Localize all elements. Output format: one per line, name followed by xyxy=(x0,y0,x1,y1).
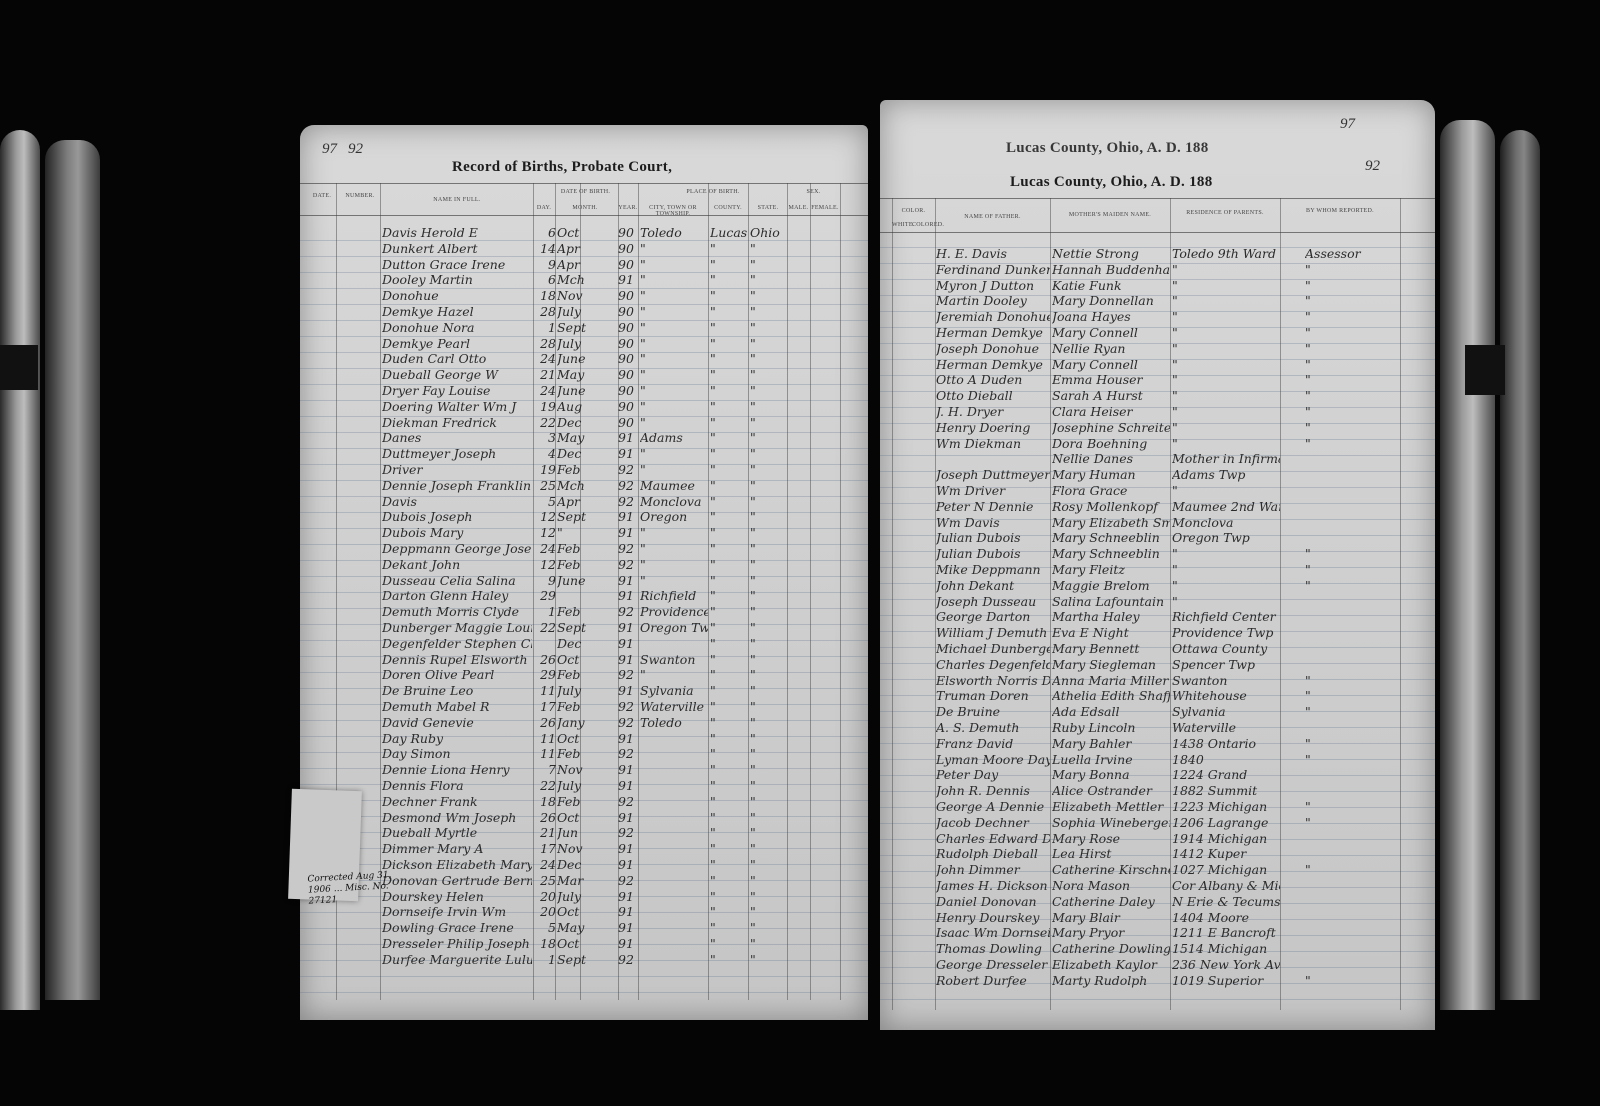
record-county: " xyxy=(710,794,748,809)
record-city: " xyxy=(640,304,708,319)
record-county: " xyxy=(710,557,748,572)
record-year: 91 xyxy=(618,525,638,540)
record-day: 25 xyxy=(536,478,556,493)
record-residence: " xyxy=(1172,341,1280,356)
record-year: 90 xyxy=(618,399,638,414)
record-year: 90 xyxy=(618,336,638,351)
record-reported-by: " xyxy=(1305,436,1400,451)
record-state: " xyxy=(750,857,788,872)
record-mother: Nellie Ryan xyxy=(1052,341,1170,356)
record-name: Day Ruby xyxy=(382,731,532,746)
record-day: 26 xyxy=(536,810,556,825)
record-father: James H. Dickson xyxy=(936,878,1050,893)
record-state: " xyxy=(750,462,788,477)
record-name: Dennis Flora xyxy=(382,778,532,793)
record-day: 7 xyxy=(536,762,556,777)
record-county: " xyxy=(710,715,748,730)
record-mother: Anna Maria Miller xyxy=(1052,673,1170,688)
table-row: Daniel DonovanCatherine DaleyN Erie & Te… xyxy=(880,894,1435,910)
record-name: Dusseau Celia Salina xyxy=(382,573,532,588)
table-row: Myron J DuttonKatie Funk"" xyxy=(880,278,1435,294)
record-city: " xyxy=(640,351,708,366)
record-father: Mike Deppmann xyxy=(936,562,1050,577)
table-row: George A DennieElizabeth Mettler1223 Mic… xyxy=(880,799,1435,815)
record-residence: Adams Twp xyxy=(1172,467,1280,482)
header-color: Color. xyxy=(892,208,935,214)
record-year: 92 xyxy=(618,557,638,572)
record-reported-by: " xyxy=(1305,325,1400,340)
record-mother: Alice Ostrander xyxy=(1052,783,1170,798)
record-month: June xyxy=(557,383,617,398)
record-mother: Elizabeth Mettler xyxy=(1052,799,1170,814)
record-residence: 1514 Michigan xyxy=(1172,941,1280,956)
record-county: " xyxy=(710,762,748,777)
record-reported-by: " xyxy=(1305,388,1400,403)
record-state: " xyxy=(750,241,788,256)
table-row: Doering Walter Wm J19Aug90""" xyxy=(300,399,868,415)
record-reported-by: " xyxy=(1305,404,1400,419)
header-date: Date. xyxy=(308,193,336,199)
record-city: " xyxy=(640,241,708,256)
record-residence: " xyxy=(1172,325,1280,340)
table-row: Dresseler Philip Joseph18Oct91"" xyxy=(300,936,868,952)
record-father: Elsworth Norris Dennis xyxy=(936,673,1050,688)
record-reported-by: " xyxy=(1305,309,1400,324)
record-county: " xyxy=(710,430,748,445)
record-residence: Sylvania xyxy=(1172,704,1280,719)
record-day: 9 xyxy=(536,257,556,272)
record-county: " xyxy=(710,904,748,919)
record-residence: 1882 Summit xyxy=(1172,783,1280,798)
record-county: " xyxy=(710,936,748,951)
record-state: " xyxy=(750,494,788,509)
record-city: " xyxy=(640,525,708,540)
table-row: Lyman Moore DayLuella Irvine1840" xyxy=(880,752,1435,768)
record-name: Dennie Joseph Franklin xyxy=(382,478,532,493)
record-reported-by: " xyxy=(1305,673,1400,688)
record-mother: Joana Hayes xyxy=(1052,309,1170,324)
record-day: 4 xyxy=(536,446,556,461)
table-row: Otto A DudenEmma Houser"" xyxy=(880,372,1435,388)
record-year: 90 xyxy=(618,225,638,240)
record-month: Feb xyxy=(557,604,617,619)
page-title-behind: Lucas County, Ohio, A. D. 188 xyxy=(1006,140,1209,157)
record-day: 12 xyxy=(536,525,556,540)
record-county: " xyxy=(710,810,748,825)
record-reported-by: " xyxy=(1305,562,1400,577)
record-month: Nov xyxy=(557,762,617,777)
table-row: Jacob DechnerSophia Wineberger1206 Lagra… xyxy=(880,815,1435,831)
record-county: " xyxy=(710,825,748,840)
record-city: Waterville xyxy=(640,699,708,714)
record-city: Swanton xyxy=(640,652,708,667)
record-reported-by: " xyxy=(1305,736,1400,751)
record-residence: 1206 Lagrange xyxy=(1172,815,1280,830)
right-ledger-page: Lucas County, Ohio, A. D. 188 97 92 Luca… xyxy=(880,100,1435,1030)
record-mother: Mary Human xyxy=(1052,467,1170,482)
record-county: " xyxy=(710,509,748,524)
record-name: Demkye Pearl xyxy=(382,336,532,351)
record-father: Thomas Dowling xyxy=(936,941,1050,956)
record-month: June xyxy=(557,573,617,588)
record-state: " xyxy=(750,604,788,619)
record-year: 90 xyxy=(618,288,638,303)
record-father: Charles Degenfelder xyxy=(936,657,1050,672)
record-day: 21 xyxy=(536,825,556,840)
record-name: Dresseler Philip Joseph xyxy=(382,936,532,951)
record-year: 91 xyxy=(618,778,638,793)
table-row: Dubois Mary12"91""" xyxy=(300,525,868,541)
record-mother: Mary Connell xyxy=(1052,325,1170,340)
record-father: Truman Doren xyxy=(936,688,1050,703)
record-city: " xyxy=(640,415,708,430)
record-mother: Sophia Wineberger xyxy=(1052,815,1170,830)
record-state: " xyxy=(750,889,788,904)
record-reported-by: " xyxy=(1305,420,1400,435)
record-year: 91 xyxy=(618,573,638,588)
record-state: " xyxy=(750,715,788,730)
table-row: Wm DiekmanDora Boehning"" xyxy=(880,436,1435,452)
record-name: Diekman Fredrick xyxy=(382,415,532,430)
table-row: Driver19Feb92""" xyxy=(300,462,868,478)
table-row: Dusseau Celia Salina9June91""" xyxy=(300,573,868,589)
record-mother: Salina Lafountain xyxy=(1052,594,1170,609)
record-county: " xyxy=(710,336,748,351)
record-name: Day Simon xyxy=(382,746,532,761)
record-father: William J Demuth xyxy=(936,625,1050,640)
record-city: " xyxy=(640,573,708,588)
table-row: Dechner Frank18Feb92"" xyxy=(300,794,868,810)
record-residence: 1438 Ontario xyxy=(1172,736,1280,751)
record-day: 17 xyxy=(536,699,556,714)
header-city: City, Town or Township. xyxy=(638,205,708,217)
record-county: " xyxy=(710,494,748,509)
record-county: " xyxy=(710,841,748,856)
record-mother: Marty Rudolph xyxy=(1052,973,1170,988)
record-residence: " xyxy=(1172,309,1280,324)
record-county: " xyxy=(710,588,748,603)
record-day: 1 xyxy=(536,320,556,335)
record-father: Daniel Donovan xyxy=(936,894,1050,909)
record-mother: Rosy Mollenkopf xyxy=(1052,499,1170,514)
record-day: 20 xyxy=(536,889,556,904)
record-month: Feb xyxy=(557,794,617,809)
record-name: Doren Olive Pearl xyxy=(382,667,532,682)
record-year: 90 xyxy=(618,367,638,382)
table-row: De Bruine Leo11July91Sylvania"" xyxy=(300,683,868,699)
record-year: 92 xyxy=(618,873,638,888)
record-name: Duden Carl Otto xyxy=(382,351,532,366)
record-father: Wm Davis xyxy=(936,515,1050,530)
record-state: " xyxy=(750,415,788,430)
table-row: Joseph DusseauSalina Lafountain" xyxy=(880,594,1435,610)
table-row: Peter DayMary Bonna1224 Grand xyxy=(880,767,1435,783)
record-city: " xyxy=(640,336,708,351)
record-mother: Ruby Lincoln xyxy=(1052,720,1170,735)
table-row: Donohue Nora1Sept90""" xyxy=(300,320,868,336)
record-city: " xyxy=(640,288,708,303)
record-residence: Toledo 9th Ward xyxy=(1172,246,1280,261)
table-row: Julian DuboisMary Schneeblin"" xyxy=(880,546,1435,562)
record-residence: Mother in Infirmary xyxy=(1172,451,1280,466)
record-city: " xyxy=(640,399,708,414)
record-name: Davis Herold E xyxy=(382,225,532,240)
table-row: William J DemuthEva E NightProvidence Tw… xyxy=(880,625,1435,641)
record-month: July xyxy=(557,889,617,904)
record-city: Sylvania xyxy=(640,683,708,698)
record-mother: Ada Edsall xyxy=(1052,704,1170,719)
table-row: Demuth Morris Clyde1Feb92Providence"" xyxy=(300,604,868,620)
record-father: John R. Dennis xyxy=(936,783,1050,798)
record-day: 19 xyxy=(536,399,556,414)
record-mother: Flora Grace xyxy=(1052,483,1170,498)
record-month: Apr xyxy=(557,494,617,509)
table-row: Degenfelder Stephen CharlesDec91"" xyxy=(300,636,868,652)
record-day: 18 xyxy=(536,794,556,809)
record-month: Nov xyxy=(557,288,617,303)
table-row: Martin DooleyMary Donnellan"" xyxy=(880,293,1435,309)
record-state: " xyxy=(750,636,788,651)
record-father: John Dekant xyxy=(936,578,1050,593)
header-number: Number. xyxy=(340,193,380,199)
adjacent-page-edge xyxy=(0,130,40,1010)
header-colored: Colored. xyxy=(912,222,935,228)
record-year: 90 xyxy=(618,257,638,272)
header-month: Month. xyxy=(555,205,615,211)
page-number: 92 xyxy=(348,141,363,158)
record-year: 92 xyxy=(618,667,638,682)
record-name: De Bruine Leo xyxy=(382,683,532,698)
record-day: 5 xyxy=(536,494,556,509)
table-row: Doren Olive Pearl29Feb92""" xyxy=(300,667,868,683)
adjacent-page-edge xyxy=(45,140,100,1000)
record-year: 92 xyxy=(618,825,638,840)
record-father: Joseph Duttmeyer xyxy=(936,467,1050,482)
record-name: Demuth Morris Clyde xyxy=(382,604,532,619)
record-father: Peter N Dennie xyxy=(936,499,1050,514)
record-county: Lucas xyxy=(710,225,748,240)
record-county: " xyxy=(710,288,748,303)
record-name: Davis xyxy=(382,494,532,509)
record-day: 3 xyxy=(536,430,556,445)
record-father: Franz David xyxy=(936,736,1050,751)
header-day: Day. xyxy=(533,205,555,211)
table-row: Joseph DuttmeyerMary HumanAdams Twp xyxy=(880,467,1435,483)
table-row: Julian DuboisMary SchneeblinOregon Twp xyxy=(880,530,1435,546)
record-state: " xyxy=(750,446,788,461)
record-county: " xyxy=(710,351,748,366)
record-month: Nov xyxy=(557,841,617,856)
record-father: Isaac Wm Dornseife xyxy=(936,925,1050,940)
margin-correction-note: Corrected Aug 31, 1906 ... Misc. No. 271… xyxy=(307,869,409,907)
record-reported-by: " xyxy=(1305,704,1400,719)
record-name: Dennie Liona Henry xyxy=(382,762,532,777)
record-month: Jun xyxy=(557,825,617,840)
record-county: " xyxy=(710,541,748,556)
record-county: " xyxy=(710,952,748,967)
record-month: Oct xyxy=(557,936,617,951)
record-residence: 1840 xyxy=(1172,752,1280,767)
record-father: George Darton xyxy=(936,609,1050,624)
table-row: Rudolph DieballLea Hirst1412 Kuper xyxy=(880,846,1435,862)
record-residence: 236 New York Ave xyxy=(1172,957,1280,972)
record-state: " xyxy=(750,320,788,335)
record-year: 92 xyxy=(618,541,638,556)
record-month: July xyxy=(557,304,617,319)
record-day: 22 xyxy=(536,620,556,635)
record-state: " xyxy=(750,541,788,556)
header-residence: Residence of Parents. xyxy=(1170,210,1280,216)
record-county: " xyxy=(710,636,748,651)
record-year: 92 xyxy=(618,699,638,714)
record-mother: Josephine Schreiter xyxy=(1052,420,1170,435)
record-year: 92 xyxy=(618,794,638,809)
table-row: H. E. DavisNettie StrongToledo 9th WardA… xyxy=(880,246,1435,262)
page-number-alt: 97 xyxy=(1340,116,1355,133)
record-father: George A Dennie xyxy=(936,799,1050,814)
table-row: Jeremiah DonohueJoana Hayes"" xyxy=(880,309,1435,325)
table-row: Dryer Fay Louise24June90""" xyxy=(300,383,868,399)
record-year: 91 xyxy=(618,588,638,603)
record-month: Sept xyxy=(557,509,617,524)
record-month: Apr xyxy=(557,257,617,272)
record-residence: Spencer Twp xyxy=(1172,657,1280,672)
record-name: Driver xyxy=(382,462,532,477)
record-year: 90 xyxy=(618,415,638,430)
record-mother: Dora Boehning xyxy=(1052,436,1170,451)
record-year: 91 xyxy=(618,272,638,287)
record-father: Joseph Dusseau xyxy=(936,594,1050,609)
record-reported-by: " xyxy=(1305,293,1400,308)
record-year: 92 xyxy=(618,604,638,619)
record-residence: Waterville xyxy=(1172,720,1280,735)
record-county: " xyxy=(710,889,748,904)
table-row: Charles DegenfelderMary SieglemanSpencer… xyxy=(880,657,1435,673)
adjacent-page-edge xyxy=(1500,130,1540,1000)
record-father: Jacob Dechner xyxy=(936,815,1050,830)
record-year: 91 xyxy=(618,920,638,935)
record-mother: Nellie Danes xyxy=(1052,451,1170,466)
record-father: Lyman Moore Day xyxy=(936,752,1050,767)
record-county: " xyxy=(710,731,748,746)
record-year: 90 xyxy=(618,241,638,256)
header-place-of-birth: Place of Birth. xyxy=(638,189,788,195)
record-state: " xyxy=(750,304,788,319)
record-year: 91 xyxy=(618,904,638,919)
table-row: David Genevie26Jany92Toledo"" xyxy=(300,715,868,731)
record-reported-by: " xyxy=(1305,973,1400,988)
record-state: " xyxy=(750,272,788,287)
record-month: Dec xyxy=(557,857,617,872)
table-row: Davis Herold E6Oct90ToledoLucasOhio xyxy=(300,225,868,241)
record-month: Feb xyxy=(557,541,617,556)
record-county: " xyxy=(710,415,748,430)
record-father: Myron J Dutton xyxy=(936,278,1050,293)
record-mother: Maggie Brelom xyxy=(1052,578,1170,593)
table-row: Peter N DennieRosy MollenkopfMaumee 2nd … xyxy=(880,499,1435,515)
record-residence: " xyxy=(1172,357,1280,372)
record-residence: " xyxy=(1172,436,1280,451)
record-day: 1 xyxy=(536,952,556,967)
table-row: J. H. DryerClara Heiser"" xyxy=(880,404,1435,420)
record-year: 91 xyxy=(618,430,638,445)
record-month: Jany xyxy=(557,715,617,730)
record-state: " xyxy=(750,841,788,856)
record-year: 90 xyxy=(618,351,638,366)
record-year: 91 xyxy=(618,810,638,825)
record-father: Wm Diekman xyxy=(936,436,1050,451)
record-mother: Catherine Dowling xyxy=(1052,941,1170,956)
record-day: 28 xyxy=(536,304,556,319)
record-month: Oct xyxy=(557,652,617,667)
record-residence: Oregon Twp xyxy=(1172,530,1280,545)
record-day: 1 xyxy=(536,604,556,619)
record-mother: Mary Elizabeth Smith xyxy=(1052,515,1170,530)
record-reported-by: " xyxy=(1305,262,1400,277)
record-county: " xyxy=(710,604,748,619)
record-state: " xyxy=(750,336,788,351)
record-year: 90 xyxy=(618,383,638,398)
table-row: Isaac Wm DornseifeMary Pryor1211 E Bancr… xyxy=(880,925,1435,941)
table-row: Nellie DanesMother in Infirmary xyxy=(880,451,1435,467)
record-day: 18 xyxy=(536,936,556,951)
record-city: Toledo xyxy=(640,225,708,240)
record-mother: Mary Fleitz xyxy=(1052,562,1170,577)
record-city: Adams xyxy=(640,430,708,445)
record-month: July xyxy=(557,683,617,698)
record-reported-by: " xyxy=(1305,799,1400,814)
record-year: 92 xyxy=(618,715,638,730)
record-day: 24 xyxy=(536,857,556,872)
record-residence: 1223 Michigan xyxy=(1172,799,1280,814)
record-name: Danes xyxy=(382,430,532,445)
record-name: Darton Glenn Haley xyxy=(382,588,532,603)
record-city: " xyxy=(640,446,708,461)
record-state: " xyxy=(750,652,788,667)
record-residence: " xyxy=(1172,594,1280,609)
record-day: 22 xyxy=(536,778,556,793)
record-month: Oct xyxy=(557,731,617,746)
record-name: Dowling Grace Irene xyxy=(382,920,532,935)
table-row: Dunberger Maggie Louisa22Sept91Oregon Tw… xyxy=(300,620,868,636)
record-name: Dornseife Irvin Wm xyxy=(382,904,532,919)
record-month: Sept xyxy=(557,952,617,967)
record-county: " xyxy=(710,446,748,461)
adjacent-page-edge xyxy=(1440,120,1495,1010)
record-name: Donohue xyxy=(382,288,532,303)
record-county: " xyxy=(710,620,748,635)
record-reported-by: Assessor xyxy=(1305,246,1400,261)
table-row: Demuth Mabel R17Feb92Waterville"" xyxy=(300,699,868,715)
record-state: " xyxy=(750,478,788,493)
record-year: 91 xyxy=(618,936,638,951)
table-row: De BruineAda EdsallSylvania" xyxy=(880,704,1435,720)
record-name: Dryer Fay Louise xyxy=(382,383,532,398)
record-name: Dunkert Albert xyxy=(382,241,532,256)
table-row: Franz DavidMary Bahler1438 Ontario" xyxy=(880,736,1435,752)
record-mother: Athelia Edith Shaffer xyxy=(1052,688,1170,703)
table-row: Joseph DonohueNellie Ryan"" xyxy=(880,341,1435,357)
record-reported-by: " xyxy=(1305,357,1400,372)
table-row: Darton Glenn Haley2991Richfield"" xyxy=(300,588,868,604)
record-name: Duttmeyer Joseph xyxy=(382,446,532,461)
record-reported-by: " xyxy=(1305,341,1400,356)
record-name: Doering Walter Wm J xyxy=(382,399,532,414)
table-row: Dooley Martin6Mch91""" xyxy=(300,272,868,288)
record-residence: Maumee 2nd Ward xyxy=(1172,499,1280,514)
record-county: " xyxy=(710,857,748,872)
record-city: " xyxy=(640,367,708,382)
